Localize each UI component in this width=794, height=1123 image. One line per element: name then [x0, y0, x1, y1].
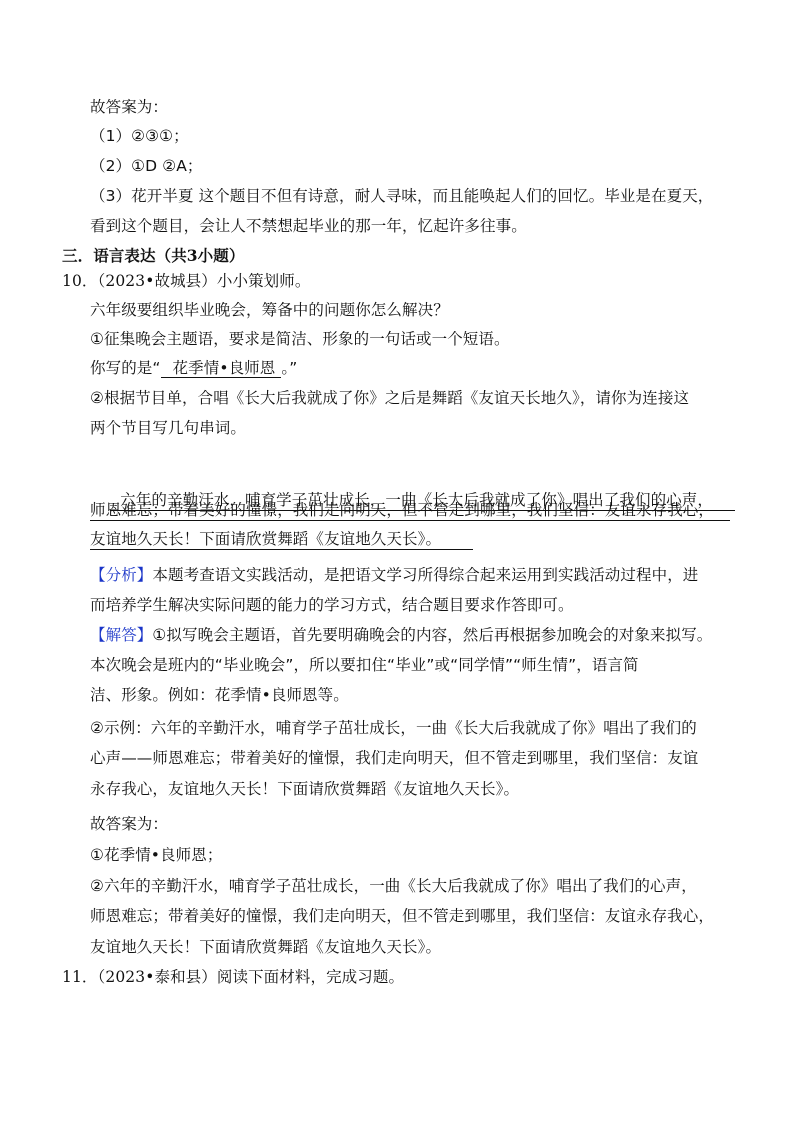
solution-line-2: 本次晚会是班内的“毕业晚会”，所以要扣住“毕业”或“同学情”“师生情”，语言简 — [90, 655, 639, 675]
subquestion-2: ②根据节目单，合唱《长大后我就成了你》之后是舞蹈《友谊天长地久》，请你为连接这 — [90, 388, 689, 408]
answer-blank-line-3: 友谊地久天长！下面请欣赏舞蹈《友谊地久天长》。 — [90, 529, 473, 550]
solution-tag: 【解答】 — [90, 626, 152, 644]
final-answer-2-cont-2: 友谊地久天长！下面请欣赏舞蹈《友谊地久天长》。 — [90, 937, 441, 957]
answer-prefix: 你写的是“ — [90, 359, 161, 377]
answer-blank: 花季情•良师恩 — [161, 359, 282, 378]
prev-answer-item-3: （3）花开半夏 这个题目不但有诗意，耐人寻味，而且能唤起人们的回忆。毕业是在夏天… — [90, 186, 713, 206]
analysis-line-1: 【分析】本题考查语文实践活动，是把语文学习所得综合起来运用到实践活动过程中，进 — [90, 565, 698, 585]
answer-suffix: 。” — [281, 359, 297, 377]
analysis-line-2: 而培养学生解决实际问题的能力的学习方式，结合题目要求作答即可。 — [90, 595, 574, 615]
document-page: 故答案为： （1）②③①； （2）①D ②A； （3）花开半夏 这个题目不但有诗… — [0, 0, 794, 1123]
question-11-header: 11．（2023•泰和县）阅读下面材料，完成习题。 — [62, 967, 404, 987]
section-title: 三．语言表达（共3小题） — [62, 246, 245, 266]
subquestion-1: ①征集晚会主题语，要求是简洁、形象的一句话或一个短语。 — [90, 329, 510, 349]
subquestion-1-answer-line: 你写的是“花季情•良师恩。” — [90, 358, 297, 378]
prev-answer-label: 故答案为： — [90, 97, 168, 117]
prev-answer-item-1: （1）②③①； — [90, 126, 189, 146]
question-source: （2023•泰和县）阅读下面材料，完成习题。 — [98, 968, 405, 986]
solution-line-3: 洁、形象。例如：花季情•良师恩等。 — [90, 685, 349, 705]
question-intro: 六年级要组织毕业晚会，筹备中的问题你怎么解决？ — [90, 300, 449, 320]
question-source: （2023•故城县）小小策划师。 — [98, 272, 311, 290]
subquestion-2-cont: 两个节目写几句串词。 — [90, 418, 246, 438]
solution-line-4: ②示例：六年的辛勤汗水，哺育学子茁壮成长，一曲《长大后我就成了你》唱出了我们的 — [90, 718, 697, 738]
final-answer-label: 故答案为： — [90, 814, 168, 834]
solution-line-5: 心声——师恩难忘；带着美好的憧憬，我们走向明天，但不管走到哪里，我们坚信：友谊 — [90, 748, 698, 768]
analysis-tag: 【分析】 — [90, 566, 152, 584]
question-10-header: 10．（2023•故城县）小小策划师。 — [62, 271, 310, 291]
question-number: 10． — [62, 272, 98, 290]
solution-line-6: 永存我心，友谊地久天长！下面请欣赏舞蹈《友谊地久天长》。 — [90, 779, 519, 799]
prev-answer-item-3-cont: 看到这个题目，会让人不禁想起毕业的那一年，忆起许多往事。 — [90, 216, 527, 236]
final-answer-2: ②六年的辛勤汗水，哺育学子茁壮成长，一曲《长大后我就成了你》唱出了我们的心声， — [90, 876, 697, 896]
question-number: 11． — [62, 968, 98, 986]
solution-line-1: 【解答】①拟写晚会主题语，首先要明确晚会的内容，然后再根据参加晚会的对象来拟写。 — [90, 625, 712, 645]
answer-blank-line-2: 师恩难忘；带着美好的憧憬，我们走向明天，但不管走到哪里，我们坚信：友谊永存我心， — [90, 500, 730, 521]
prev-answer-item-2: （2）①D ②A； — [90, 156, 203, 176]
final-answer-2-cont-1: 师恩难忘；带着美好的憧憬，我们走向明天，但不管走到哪里，我们坚信：友谊永存我心， — [90, 906, 714, 926]
final-answer-1: ①花季情•良师恩； — [90, 845, 222, 865]
